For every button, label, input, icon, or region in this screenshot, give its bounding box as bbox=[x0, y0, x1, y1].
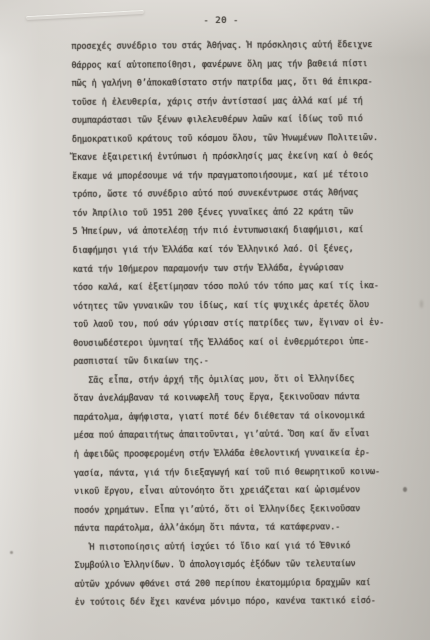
text-line: θουσιωδέστεροι ὑμνηταί τῆς Ἑλλάδος καί ο… bbox=[73, 333, 385, 353]
text-line: ἐν τούτοις δέν ἔχει κανένα μόνιμο πόρο, … bbox=[75, 592, 387, 612]
text-line: μέσα πού ἀπαραιτήτως ἀπαιτοῦνται, γι’αὐτ… bbox=[74, 425, 386, 445]
scanned-page: - 20 - προσεχές συνέδριο του στάς Ἀθήνας… bbox=[0, 0, 430, 640]
text-line: θάρρος καί αὐτοπεποίθησι, φανέρωνε ὅλη μ… bbox=[71, 55, 383, 75]
text-line: Συμβούλιο Ἑλληνίδων. Ὁ ἀπολογισμός ἐξόδω… bbox=[74, 555, 386, 575]
text-line: ἔκαμε νά μπορέσουμε νά τήν πραγματοποιήσ… bbox=[72, 166, 384, 186]
text-line: αὐτῶν χρόνων φθάνει στά 200 περίπου ἑκατ… bbox=[75, 574, 387, 594]
page-number: - 20 - bbox=[71, 15, 371, 27]
text-block: προσεχές συνέδριο του στάς Ἀθήνας. Ἡ πρό… bbox=[71, 36, 387, 613]
text-line: δημοκρατικοῦ κράτους τοῦ κόσμου ὅλου, τῶ… bbox=[72, 129, 384, 149]
text-line: νότητες τῶν γυναικῶν του ἰδίως, καί τίς … bbox=[73, 296, 385, 316]
text-line: ὅταν ἀνελάμβαναν τά κοινωφελῆ τους ἔργα,… bbox=[73, 388, 385, 408]
text-line: Ἡ πιστοποίησις αὐτή ἰσχύει τό ἴδιο καί γ… bbox=[74, 537, 386, 557]
text-line: διαφήμησι γιά τήν Ἑλλάδα καί τόν Ἑλληνικ… bbox=[73, 240, 385, 260]
text-line: κατά τήν 10ήμερον παραμονήν των στήν Ἑλλ… bbox=[73, 259, 385, 279]
text-line: τοῦ λαοῦ του, πού σάν γύρισαν στίς πατρί… bbox=[73, 314, 385, 334]
text-line: Σᾶς εἶπα, στήν ἀρχή τῆς ὁμιλίας μου, ὅτι… bbox=[73, 370, 385, 390]
text-line: πάντα παράτολμα, ἀλλ’ἀκόμη ὅτι πάντα, τά… bbox=[74, 518, 386, 538]
text-line: τόσο καλά, καί ἐξετίμησαν τόσο πολύ τόν … bbox=[73, 277, 385, 297]
text-line: ρασπισταί τῶν δικαίων της.- bbox=[73, 351, 385, 371]
text-line: ποσόν χρημάτων. Εἶπα γι’αὐτό, ὅτι οἱ Ἑλλ… bbox=[74, 500, 386, 520]
text-line: νικοῦ ἔργου, εἶναι αὐτονόητο ὅτι χρειάζε… bbox=[74, 481, 386, 501]
text-line: ἡ ἀφειδῶς προσφερομένη στήν Ἑλλάδα ἐθελο… bbox=[74, 444, 386, 464]
text-line: τόν Ἀπρίλιο τοῦ 1951 200 ξένες γυναῖκες … bbox=[72, 203, 384, 223]
text-line: πῶς ἡ γαλήνη θ’ἀποκαθίστατο στήν πατρίδα… bbox=[72, 73, 384, 93]
text-line: τρόπο, ὥστε τό συνέδριο αὐτό πού συνεκέν… bbox=[72, 184, 384, 204]
text-line: γασία, πάντα, γιά τήν διεξαγωγή καί τοῦ … bbox=[74, 463, 386, 483]
text-line: συμπαράστασι τῶν ξένων φιλελευθέρων λαῶν… bbox=[72, 110, 384, 130]
text-line: Ἔκανε ἐξαιρετική ἐντύπωσι ἡ πρόσκλησίς μ… bbox=[72, 147, 384, 167]
text-line: τοῦσε ἡ ἐλευθερία, χάρις στήν ἀντίστασί … bbox=[72, 92, 384, 112]
text-line: παράτολμα, ἀψήφιστα, γιατί ποτέ δέν διέθ… bbox=[74, 407, 386, 427]
text-line: προσεχές συνέδριο του στάς Ἀθήνας. Ἡ πρό… bbox=[71, 36, 383, 56]
typewritten-sheet: - 20 - προσεχές συνέδριο του στάς Ἀθήνας… bbox=[0, 0, 430, 640]
text-line: 5 Ἠπείρων, νά ἀποτελέσῃ τήν πιό ἐντυπωσι… bbox=[72, 221, 384, 241]
